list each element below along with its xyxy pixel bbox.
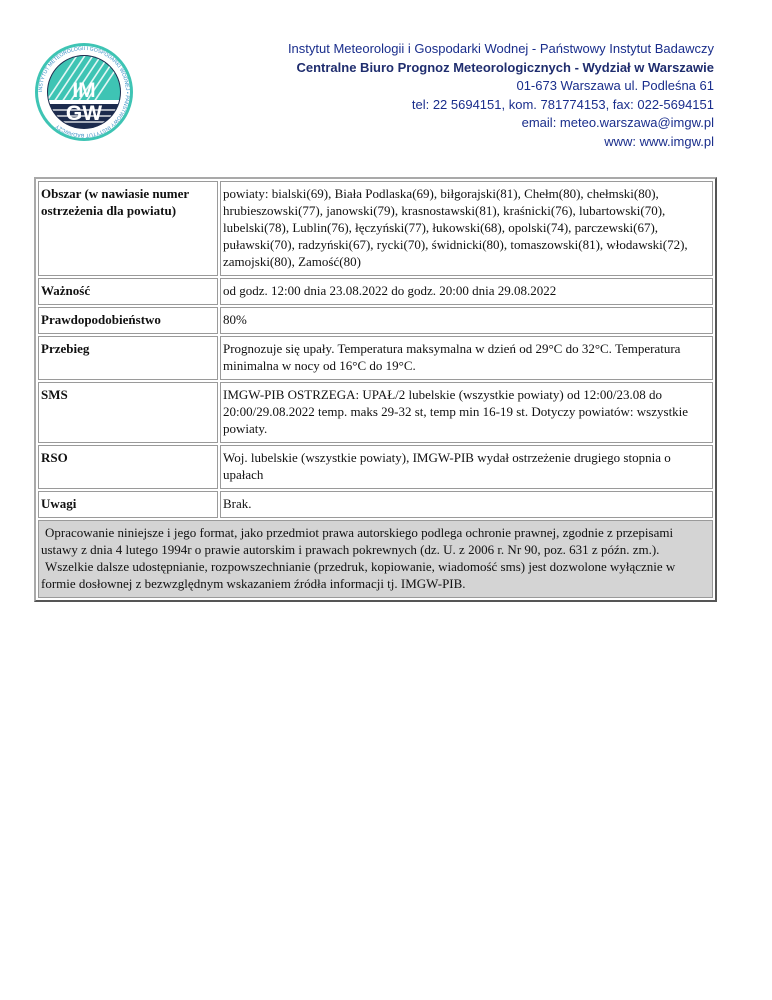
email-link[interactable]: email: meteo.warszawa@imgw.pl (288, 114, 714, 133)
svg-text:IM: IM (72, 79, 95, 102)
table-row-remarks: Uwagi Brak. (38, 491, 713, 518)
phone: tel: 22 5694151, kom. 781774153, fax: 02… (288, 96, 714, 115)
row-value: Brak. (220, 491, 713, 518)
row-label: Uwagi (38, 491, 218, 518)
row-value: Prognozuje się upały. Temperatura maksym… (220, 336, 713, 380)
imgw-logo-icon: IM GW INSTYTUT METEOROLOGII I GOSPODARKI… (34, 42, 134, 142)
table-row-area: Obszar (w nawiasie numer ostrzeżenia dla… (38, 181, 713, 276)
copyright-notice: Opracowanie niniejsze i jego format, jak… (38, 520, 713, 598)
institute-contact: Instytut Meteorologii i Gospodarki Wodne… (288, 40, 714, 152)
table-row-copyright: Opracowanie niniejsze i jego format, jak… (38, 520, 713, 598)
address: 01-673 Warszawa ul. Podleśna 61 (288, 77, 714, 96)
row-label: RSO (38, 445, 218, 489)
row-value: Woj. lubelskie (wszystkie powiaty), IMGW… (220, 445, 713, 489)
row-label: Przebieg (38, 336, 218, 380)
row-value: 80% (220, 307, 713, 334)
redistribution-paragraph: Wszelkie dalsze udostępnianie, rozpowsze… (41, 558, 710, 592)
table-row-sms: SMS IMGW-PIB OSTRZEGA: UPAŁ/2 lubelskie … (38, 382, 713, 443)
copyright-paragraph: Opracowanie niniejsze i jego format, jak… (41, 524, 710, 558)
row-value: od godz. 12:00 dnia 23.08.2022 do godz. … (220, 278, 713, 305)
table-row-course: Przebieg Prognozuje się upały. Temperatu… (38, 336, 713, 380)
row-value: IMGW-PIB OSTRZEGA: UPAŁ/2 lubelskie (wsz… (220, 382, 713, 443)
www-link[interactable]: www: www.imgw.pl (288, 133, 714, 152)
department-name: Centralne Biuro Prognoz Meteorologicznyc… (288, 59, 714, 78)
table-row-probability: Prawdopodobieństwo 80% (38, 307, 713, 334)
row-label: SMS (38, 382, 218, 443)
row-label: Ważność (38, 278, 218, 305)
row-label: Prawdopodobieństwo (38, 307, 218, 334)
warning-table: Obszar (w nawiasie numer ostrzeżenia dla… (34, 177, 717, 602)
row-label: Obszar (w nawiasie numer ostrzeżenia dla… (38, 181, 218, 276)
letterhead: IM GW INSTYTUT METEOROLOGII I GOSPODARKI… (0, 0, 772, 160)
row-value: powiaty: bialski(69), Biała Podlaska(69)… (220, 181, 713, 276)
table-row-rso: RSO Woj. lubelskie (wszystkie powiaty), … (38, 445, 713, 489)
table-row-validity: Ważność od godz. 12:00 dnia 23.08.2022 d… (38, 278, 713, 305)
svg-text:GW: GW (66, 102, 102, 125)
institute-name: Instytut Meteorologii i Gospodarki Wodne… (288, 40, 714, 59)
